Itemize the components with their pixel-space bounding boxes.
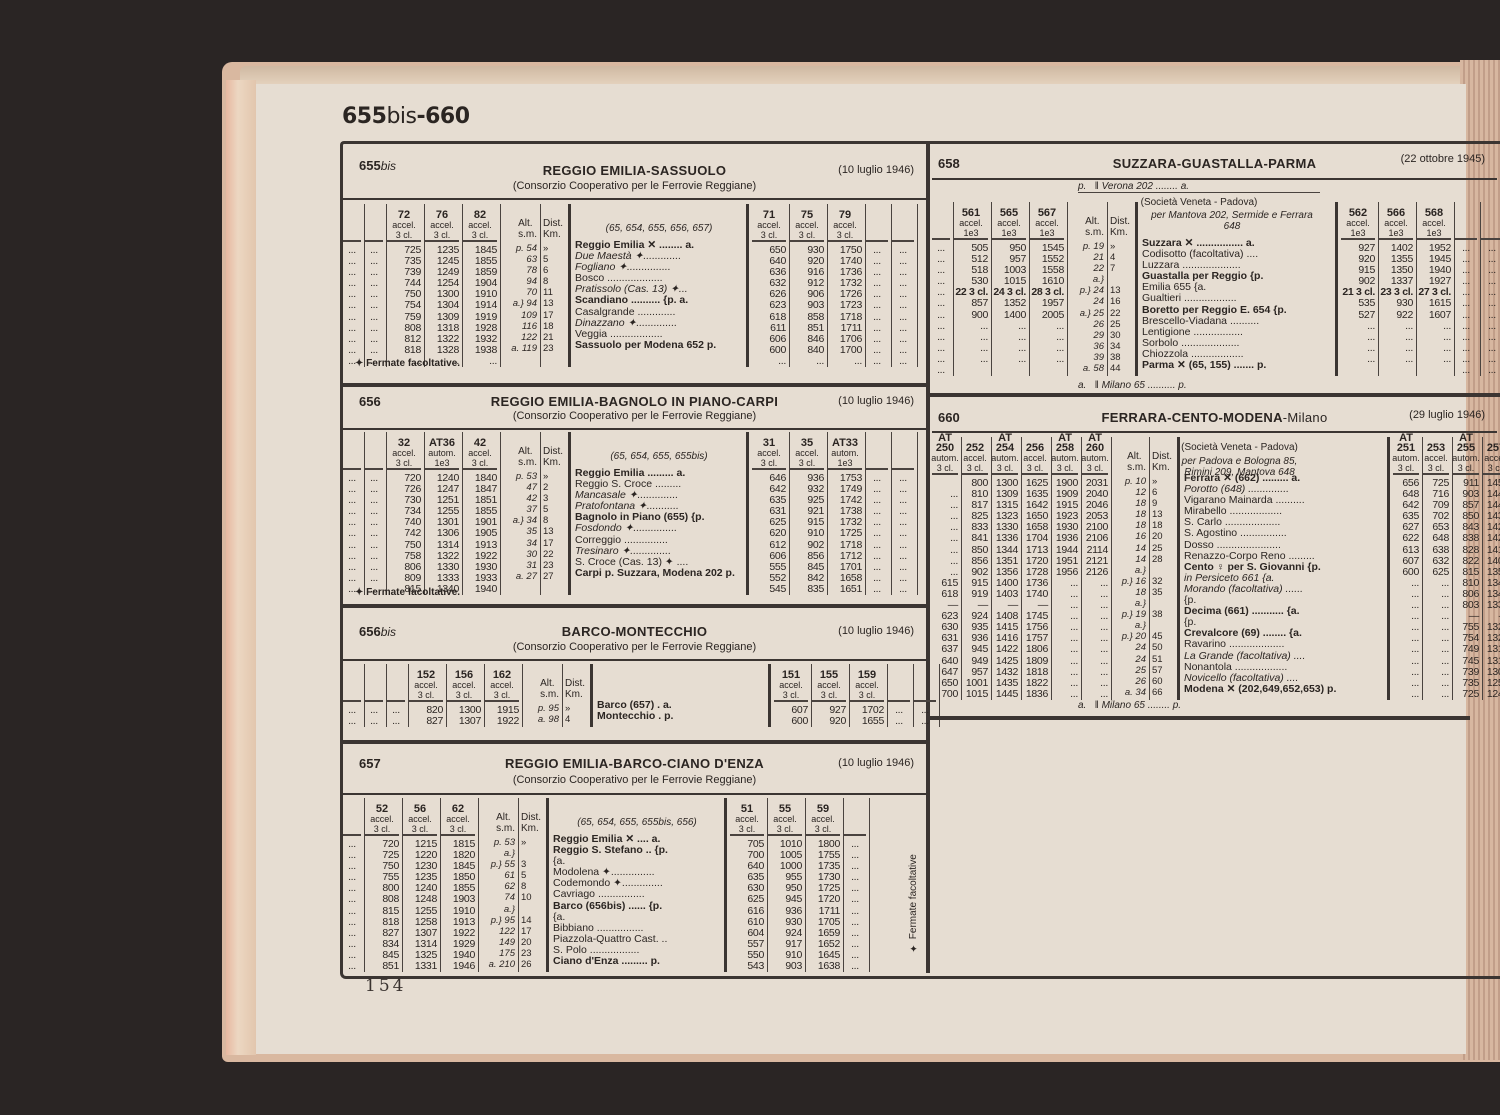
time-cell: 815 [382,906,399,917]
time-cell: 613 [1402,545,1419,556]
time-cell: 841 [971,533,988,544]
distance-cell: 4 [565,714,587,725]
train-number: AT 250 [932,433,958,453]
train-class: 3 cl. [997,463,1014,473]
distance-column: Dist.Km.»568111317182123 [541,204,571,367]
connections-header [1184,437,1384,473]
distance-cell: 26 [521,959,543,970]
alt-label: Alt. [518,218,532,229]
train-class: 3 cl. [472,458,489,468]
altitude-cell: a. 119 [511,343,537,354]
altitude-cell: p.} 20 [1122,631,1146,642]
distance-cell: 3 [543,493,565,504]
altitude-cell: 24 [1093,296,1104,307]
timetable-656: 656 REGGIO EMILIA-BAGNOLO IN PIANO-CARPI… [343,390,926,605]
station-name: Barco (656bis) ...... {p. [553,901,721,912]
distance-cell: 22 [543,549,565,560]
train-number: 562 [1349,208,1367,218]
train-column-62: 62accel.3 cl.181518201845185018551903191… [441,798,479,972]
train-header: 59accel.3 cl. [806,798,840,836]
altitude-cell: 74 [504,892,515,903]
distance-cell: 5 [543,504,565,515]
train-column-42: 42accel.3 cl.184018471851185519011905191… [463,432,501,595]
train-number: 71 [763,210,775,220]
train-column-AT258: AT 258autom.3 cl.19001909191519231930193… [1052,437,1082,700]
distance-cell: 20 [521,937,543,948]
stations-column: (65, 654, 655, 655bis, 656)Reggio Emilia… [549,798,721,972]
station-name: Fogliano ✦............... [575,262,743,273]
station-name: Guastalla per Reggio {p. [1142,271,1332,282]
section-rule [930,716,1470,720]
altitude-cell: a. 58 [1083,363,1104,374]
train-column-257: 257accel.3 cl.14571448144114341425142014… [1483,437,1500,700]
time-cell: 1919 [475,312,497,323]
distance-cell: 18 [543,321,565,332]
train-type: accel. [1422,218,1446,228]
time-cell: 930 [1396,298,1413,309]
time-cell: 2106 [1086,533,1108,544]
train-number: 568 [1425,208,1443,218]
station-name: Parma ✕ (65, 155) ....... p. [1142,360,1332,371]
time-cell: ... [899,356,907,367]
distance-cell: 51 [1152,654,1174,665]
connections-header: (65, 654, 655, 655bis) [575,432,743,468]
column-header [365,432,383,470]
time-cell: ... [348,961,356,972]
station-name: Lentigione ................. [1142,327,1332,338]
time-cell: 535 [1358,298,1375,309]
train-column-253: 253accel.3 cl.72571670970265364863863262… [1423,437,1453,700]
train-type: accel. [795,220,819,230]
altitude-cell: 29 [1093,330,1104,341]
train-class: 1e3 [1039,228,1054,238]
connection-verona: p. ‖ Verona 202 ........ a. [1078,181,1320,193]
time-cell: ... [921,716,929,727]
time-cell: ... [1488,310,1496,321]
train-type: accel. [833,220,857,230]
train-class: 3 cl. [837,230,854,240]
alt-label: Alt. [496,812,510,823]
station-name: Ravarino ................... [1184,639,1384,650]
distance-cell: 35 [1152,587,1174,598]
train-type: accel. [757,448,781,458]
distance-cell: 13 [1110,285,1132,296]
distance-cell: » [1110,241,1132,252]
altitude-cell: p.} 24 [1080,285,1104,296]
train-class: 3 cl. [434,230,451,240]
time-cell: 1245 [1487,689,1500,700]
direction-separator [746,204,749,367]
time-cell: ... [873,540,881,551]
column-header [343,798,361,836]
train-class: 3 cl. [1458,463,1475,473]
distance-cell [521,848,543,859]
train-number: 256 [1026,443,1044,453]
train-column-56: 56accel.3 cl.121512201230123512401248125… [403,798,441,972]
time-cell: ... [1100,689,1108,700]
train-class: 3 cl. [799,230,816,240]
altitude-cell: 30 [526,549,537,560]
time-cell: 920 [829,716,846,727]
connections-header [1142,202,1332,238]
train-column-AT36: AT36autom.1e3124012471251125513011306131… [425,432,463,595]
time-cell: ... [370,300,378,311]
time-cell: ... [370,716,378,727]
train-header: 35accel.3 cl. [790,432,824,470]
timetable-grid: ....................................561a… [932,202,1500,376]
train-class: 3 cl. [761,458,778,468]
time-cell: 1718 [840,540,862,551]
connections-header: (65, 654, 655, 656, 657) [575,204,743,240]
empty-train-column: ................................. [343,432,365,595]
empty-train-column: ................................. [365,432,387,595]
timetable-grid: ....................................52ac… [343,798,870,972]
time-cell: 700 [941,689,958,700]
timetable-655bis: 655bis REGGIO EMILIA-SASSUOLO (10 luglio… [343,148,926,383]
altitude-column: Alt.s.m.p. 53a.}p.} 55616274a.}p.} 95122… [479,798,519,972]
time-cell: 1903 [453,894,475,905]
time-cell: ... [873,528,881,539]
time-cell: ... [1367,354,1375,365]
time-cell: 625 [747,894,764,905]
time-cell: 1946 [453,961,475,972]
time-cell: 949 [971,656,988,667]
station-name: {a. [553,912,721,923]
time-cell: 828 [1462,545,1479,556]
distance-cell: » [543,243,565,254]
time-cell: 638 [1432,545,1449,556]
train-type: accel. [430,220,454,230]
empty-train-column: .................................... [1455,202,1481,376]
time-cell: ... [816,356,824,367]
distance-cell: 20 [1152,531,1174,542]
train-number: AT 254 [992,433,1018,453]
altitude-header: Alt.s.m. [518,204,537,240]
time-cell: 1809 [1026,656,1048,667]
time-cell: 902 [807,540,824,551]
station-name: Renazzo-Corpo Reno ......... [1184,551,1384,562]
train-header: 31accel.3 cl. [752,432,786,470]
time-cell: ... [851,894,859,905]
time-cell: 1913 [475,540,497,551]
book-left-edge [226,80,256,1055]
header-rule [343,428,926,430]
time-cell: 1316 [1487,644,1500,655]
altitude-cell: p. 53 [494,837,515,848]
train-column-51: 51accel.3 cl.705700640635630625616610604… [730,798,768,972]
time-cell: 1922 [497,716,519,727]
altitude-cell: p. 10 [1125,476,1146,487]
distance-cell: 6 [1152,487,1174,498]
train-type: autom. [991,453,1019,463]
time-cell: 545 [769,584,786,595]
time-cell: ... [392,716,400,727]
train-header: 152accel.3 cl. [409,664,443,702]
column-header [866,204,888,242]
column-header [343,664,361,702]
train-type: accel. [997,218,1021,228]
time-cell: 1607 [1429,310,1451,321]
train-class: 1e3 [1350,228,1365,238]
time-cell: 1331 [415,961,437,972]
train-header: 257accel.3 cl. [1483,437,1500,475]
table-operator: (Consorzio Cooperativo per le Ferrovie R… [343,775,926,786]
train-column-162: 162accel.3 cl.19151922 [485,664,523,727]
station-name: {a. [553,856,721,867]
time-cell: 1910 [453,906,475,917]
time-cell: 543 [747,961,764,972]
time-cell: 1248 [415,894,437,905]
distance-cell: 23 [521,948,543,959]
altitude-cell: a.} [504,904,515,915]
distance-cell: 44 [1110,363,1132,374]
stations-column: Barco (657) . a.Montecchio . p. [593,664,765,727]
timetable-grid: AT 250autom.3 cl........................… [932,437,1500,700]
altitude-cell: 18 [1135,509,1146,520]
timetable-658: 658 SUZZARA-GUASTALLA-PARMA (22 ottobre … [932,148,1497,393]
dist-label: Dist. [543,446,563,457]
train-type: accel. [490,680,514,690]
direction-separator [746,432,749,595]
train-class: 1e3 [837,458,852,468]
train-column-152: 152accel.3 cl.820827 [409,664,447,727]
train-header: AT36autom.1e3 [425,432,459,470]
distance-header: Dist.Km. [543,204,565,240]
time-cell: ... [1070,644,1078,655]
time-cell: 1425 [996,656,1018,667]
altitude-cell: 39 [1093,352,1104,363]
stations-column: Suzzara ✕ ................ a.Codisotto (… [1138,202,1332,376]
altitude-header: Alt.s.m. [518,432,537,468]
altitude-cell: p.} 55 [491,859,515,870]
train-class: 3 cl. [1027,463,1044,473]
time-cell: 616 [747,906,764,917]
train-class: 3 cl. [967,463,984,473]
altitude-cell: 70 [526,287,537,298]
time-cell: 1309 [437,312,459,323]
train-column-52: 52accel.3 cl.720725750755800808815818827… [365,798,403,972]
train-type: autom. [1081,453,1109,463]
train-column-AT260: AT 260autom.3 cl.20312040204620532100210… [1082,437,1112,700]
empty-train-column: ................................. [892,204,918,367]
station-name: Luzzara .................... [1142,260,1332,271]
distance-cell: 16 [1110,296,1132,307]
time-cell: 827 [426,716,443,727]
distance-cell [1110,274,1132,285]
altitude-cell: a.} 34 [513,515,537,526]
train-number: 32 [398,438,410,448]
time-cell: 1015 [966,689,988,700]
train-class: 1e3 [434,458,449,468]
train-type: accel. [855,680,879,690]
time-cell: 600 [791,716,808,727]
altitude-column: Alt.s.m.p. 53474237a.} 3435343031a. 27 [501,432,541,595]
distance-cell: 28 [1152,554,1174,565]
station-name: Reggio Emilia ✕ .... a. [553,834,721,845]
distance-cell: » [521,837,543,848]
time-cell: 1655 [862,716,884,727]
dist-label: Dist. [521,812,541,823]
altitude-cell: a.} 94 [513,298,537,309]
distance-cell: 30 [1110,330,1132,341]
time-cell: 1307 [459,716,481,727]
time-cell: ... [348,906,356,917]
station-name: Bagnolo in Piano (655) {p. [575,512,743,523]
time-cell: 620 [769,528,786,539]
train-type: accel. [468,220,492,230]
timetable-660: 660 FERRARA-CENTO-MODENA-Milano (29 lugl… [932,400,1497,720]
altitude-header: Alt.s.m. [540,664,559,700]
train-number: 79 [839,210,851,220]
train-type: accel. [1484,453,1500,463]
train-column-565: 565accel.1e39509571003101524 3 cl.135214… [992,202,1030,376]
time-cell: ... [937,310,945,321]
train-column-59: 59accel.3 cl.180017551735173017251720171… [806,798,844,972]
altitude-cell: p.} 95 [491,915,515,926]
train-column-AT250: AT 250autom.3 cl........................… [932,437,962,700]
station-name: Cento ♀ per S. Giovanni {p. [1184,562,1384,573]
altitude-cell: 35 [526,526,537,537]
connection-milano: a. ‖ Milano 65 .......... p. [1078,380,1320,391]
train-header: AT 254autom.3 cl. [992,437,1018,475]
distance-cell [1152,598,1174,609]
time-cell: 749 [1462,644,1479,655]
altitude-cell: 25 [1135,665,1146,676]
column-header [892,204,914,242]
distance-header: Dist.Km. [565,664,587,700]
train-column-75: 75accel.3 cl.930920916912906903858851846… [790,204,828,367]
train-class: 1e3 [1001,228,1016,238]
train-column-71: 71accel.3 cl.650640636632626623618611606… [752,204,790,367]
station-name: Reggio S. Croce ......... [575,479,743,490]
time-cell: 637 [941,644,958,655]
time-cell: ... [895,716,903,727]
dist-label: Dist. [1152,451,1172,462]
train-header: 252accel.3 cl. [962,437,988,475]
train-column-566: 566accel.1e3140213551350133723 3 cl.9309… [1379,202,1417,376]
time-cell: ... [854,356,862,367]
altitude-cell: a.} 25 [1080,308,1104,319]
distance-cell: 17 [543,538,565,549]
time-cell: ... [899,300,907,311]
time-cell: 936 [785,906,802,917]
time-cell: 903 [785,961,802,972]
distance-cell: » [543,471,565,482]
train-header: AT33autom.1e3 [828,432,862,470]
train-class: 3 cl. [396,458,413,468]
station-name: Bosco ................... [575,273,743,284]
distance-cell: 13 [1152,509,1174,520]
empty-train-column: ................................. [343,204,365,367]
time-cell: 623 [769,300,786,311]
train-type: accel. [414,680,438,690]
train-type: accel. [1384,218,1408,228]
train-type: accel. [779,680,803,690]
time-cell: 1936 [1056,533,1078,544]
section-rule [343,740,926,744]
distance-cell: » [1152,476,1174,487]
train-type: accel. [1346,218,1370,228]
train-class: 1e3 [1426,228,1441,238]
time-cell: 745 [1462,656,1479,667]
train-header: 253accel.3 cl. [1423,437,1449,475]
train-column-AT255: AT 255autom.3 cl.91190385785084383882882… [1453,437,1483,700]
time-cell: 1422 [996,644,1018,655]
train-header: AT 250autom.3 cl. [932,437,958,475]
station-name: Pratofontana ✦........... [575,501,743,512]
empty-train-column: ................................. [866,204,892,367]
time-cell: 1445 [996,689,1018,700]
train-number: 62 [452,804,464,814]
dist-unit: Km. [565,689,583,700]
altitude-column: Alt.s.m.p. 95a. 98 [523,664,563,727]
train-number: 51 [741,804,753,814]
distance-cell: 34 [1110,341,1132,352]
distance-cell: 13 [543,298,565,309]
train-number: 156 [455,670,473,680]
time-cell: ... [899,584,907,595]
page-number: 154 [365,976,406,996]
train-header: 72accel.3 cl. [387,204,421,242]
train-type: accel. [446,814,470,824]
altitude-cell: 61 [504,870,515,881]
station-name: Correggio ............... [575,535,743,546]
station-name: Pratissolo (Cas. 13) ✦... [575,284,743,295]
footnote: ✦ Fermate facoltative. [355,587,460,598]
train-header: 565accel.1e3 [992,202,1026,240]
stations-column: (65, 654, 655, 656, 657)Reggio Emilia ✕ … [571,204,743,367]
time-cell: 527 [1358,310,1375,321]
time-cell: ... [1441,656,1449,667]
time-cell: ... [1462,298,1470,309]
station-name: {p. [1184,617,1384,628]
train-class: 3 cl. [1087,463,1104,473]
side-footnote: ✦ Fermate facoltative [908,843,919,953]
train-number: 253 [1427,443,1445,453]
distance-cell: 3 [521,859,543,870]
train-class: 3 cl. [739,824,756,834]
station-name: Vigarano Mainarda .......... [1184,495,1384,506]
altitude-cell: a. 27 [516,571,537,582]
alt-unit: s.m. [518,229,537,240]
train-number: 159 [858,670,876,680]
table-date: (10 luglio 1946) [838,758,914,769]
station-name: Due Maestà ✦............. [575,251,743,262]
train-class: 3 cl. [937,463,954,473]
table-operator: (Consorzio Cooperativo per le Ferrovie R… [343,411,926,422]
alt-label: Alt. [1127,451,1141,462]
distance-cell [521,904,543,915]
dist-unit: Km. [1110,227,1128,238]
column-header [365,664,383,702]
column-header [932,202,950,240]
train-number: 72 [398,210,410,220]
train-class: 3 cl. [472,230,489,240]
distance-header: Dist.Km. [1152,437,1174,473]
distance-cell: 13 [543,526,565,537]
time-cell: 851 [382,961,399,972]
distance-column: Dist.Km.»471316222530343844 [1108,202,1138,376]
time-cell: 750 [404,540,421,551]
station-name: Suzzara ✕ ................ a. [1142,238,1332,249]
train-header: 159accel.3 cl. [850,664,884,702]
section-rule [343,604,926,608]
train-type: accel. [963,453,987,463]
distance-cell: 17 [543,310,565,321]
footnote: ✦ Fermate facoltative. [355,358,460,369]
distance-cell: 2 [543,482,565,493]
time-cell: ... [1018,354,1026,365]
